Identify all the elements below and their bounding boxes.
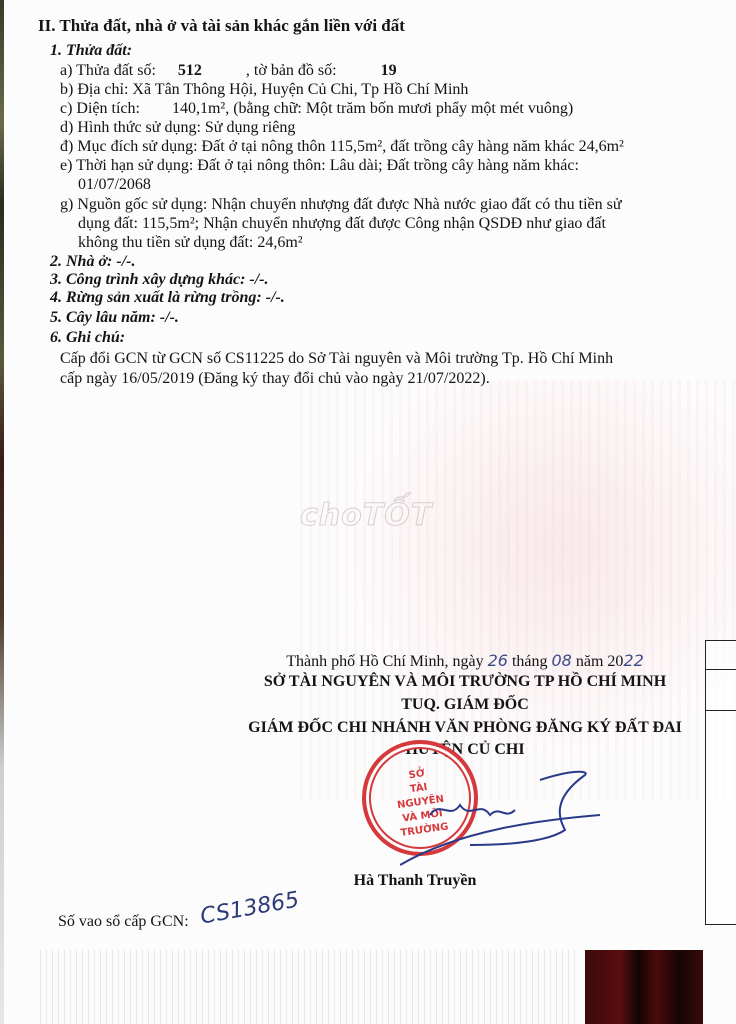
security-stripes <box>40 950 580 1024</box>
area-value: 140,1m², (bằng chữ: Một trăm bốn mươi ph… <box>172 100 573 117</box>
signer-position: GIÁM ĐỐC CHI NHÁNH VĂN PHÒNG ĐĂNG KÝ ĐẤT… <box>230 718 700 738</box>
area-label: c) Diện tích: <box>60 100 140 117</box>
proxy-title: TUQ. GIÁM ĐỐC <box>230 695 700 715</box>
side-table-row <box>706 641 736 670</box>
page-edge-dark <box>585 950 703 1024</box>
chotot-watermark: choTỐT <box>300 498 432 533</box>
usage-form-row: d) Hình thức sử dụng: Sử dụng riêng <box>60 119 295 137</box>
other-construction-item: 3. Công trình xây dựng khác: -/-. <box>50 271 269 289</box>
plot-number-row: a) Thửa đất số: 512 , tờ bản đồ số: 19 <box>60 62 397 80</box>
signing-date: Thành phố Hồ Chí Minh, ngày 26 tháng 08 … <box>230 651 700 671</box>
signature-scribble <box>400 760 600 870</box>
side-table-row <box>706 670 736 711</box>
date-year-label: năm 20 <box>576 653 624 670</box>
notes-line-1: Cấp đổi GCN từ GCN số CS11225 do Sở Tài … <box>60 350 613 368</box>
house-item: 2. Nhà ở: -/-. <box>50 253 135 271</box>
map-sheet-label: , tờ bản đồ số: <box>246 62 337 79</box>
production-forest-item: 4. Rừng sản xuất là rừng trồng: -/-. <box>50 289 285 307</box>
date-month: 08 <box>551 651 571 670</box>
origin-row-2: dụng đất: 115,5m²; Nhận chuyển nhượng đấ… <box>78 215 606 233</box>
usage-term-date: 01/07/2068 <box>78 176 151 194</box>
perennial-trees-item: 5. Cây lâu năm: -/-. <box>50 309 179 327</box>
origin-row-1: g) Nguồn gốc sử dụng: Nhận chuyển nhượng… <box>60 196 622 214</box>
side-table <box>705 640 736 925</box>
area-row: c) Diện tích: 140,1m², (bằng chữ: Một tr… <box>60 100 573 118</box>
date-year-suffix: 22 <box>623 651 643 670</box>
address-row: b) Địa chỉ: Xã Tân Thông Hội, Huyện Củ C… <box>60 81 468 99</box>
section-title: II. Thửa đất, nhà ở và tài sản khác gắn … <box>38 17 405 35</box>
origin-row-3: không thu tiền sử dụng đất: 24,6m² <box>78 234 303 252</box>
usage-term-row: e) Thời hạn sử dụng: Đất ở tại nông thôn… <box>60 157 579 175</box>
land-plot-heading: 1. Thửa đất: <box>50 42 132 60</box>
registry-label: Số vao sổ cấp GCN: <box>58 913 189 931</box>
scan-edge <box>0 0 4 1024</box>
signer-name: Hà Thanh Truyền <box>230 871 600 891</box>
date-prefix: Thành phố Hồ Chí Minh, ngày <box>286 653 483 670</box>
signer-district: HUYỆN CỦ CHI <box>230 740 700 760</box>
notes-heading: 6. Ghi chú: <box>50 329 125 347</box>
issuing-org: SỞ TÀI NGUYÊN VÀ MÔI TRƯỜNG TP HỒ CHÍ MI… <box>230 672 700 692</box>
map-sheet-value: 19 <box>381 62 397 79</box>
registry-number: CS13865 <box>199 891 300 926</box>
date-month-label: tháng <box>512 653 548 670</box>
notes-line-2: cấp ngày 16/05/2019 (Đăng ký thay đổi ch… <box>60 370 490 388</box>
date-day: 26 <box>488 651 508 670</box>
usage-purpose-row: đ) Mục đích sử dụng: Đất ở tại nông thôn… <box>60 138 624 156</box>
plot-number-value: 512 <box>178 62 202 79</box>
plot-number-label: a) Thửa đất số: <box>60 62 156 79</box>
